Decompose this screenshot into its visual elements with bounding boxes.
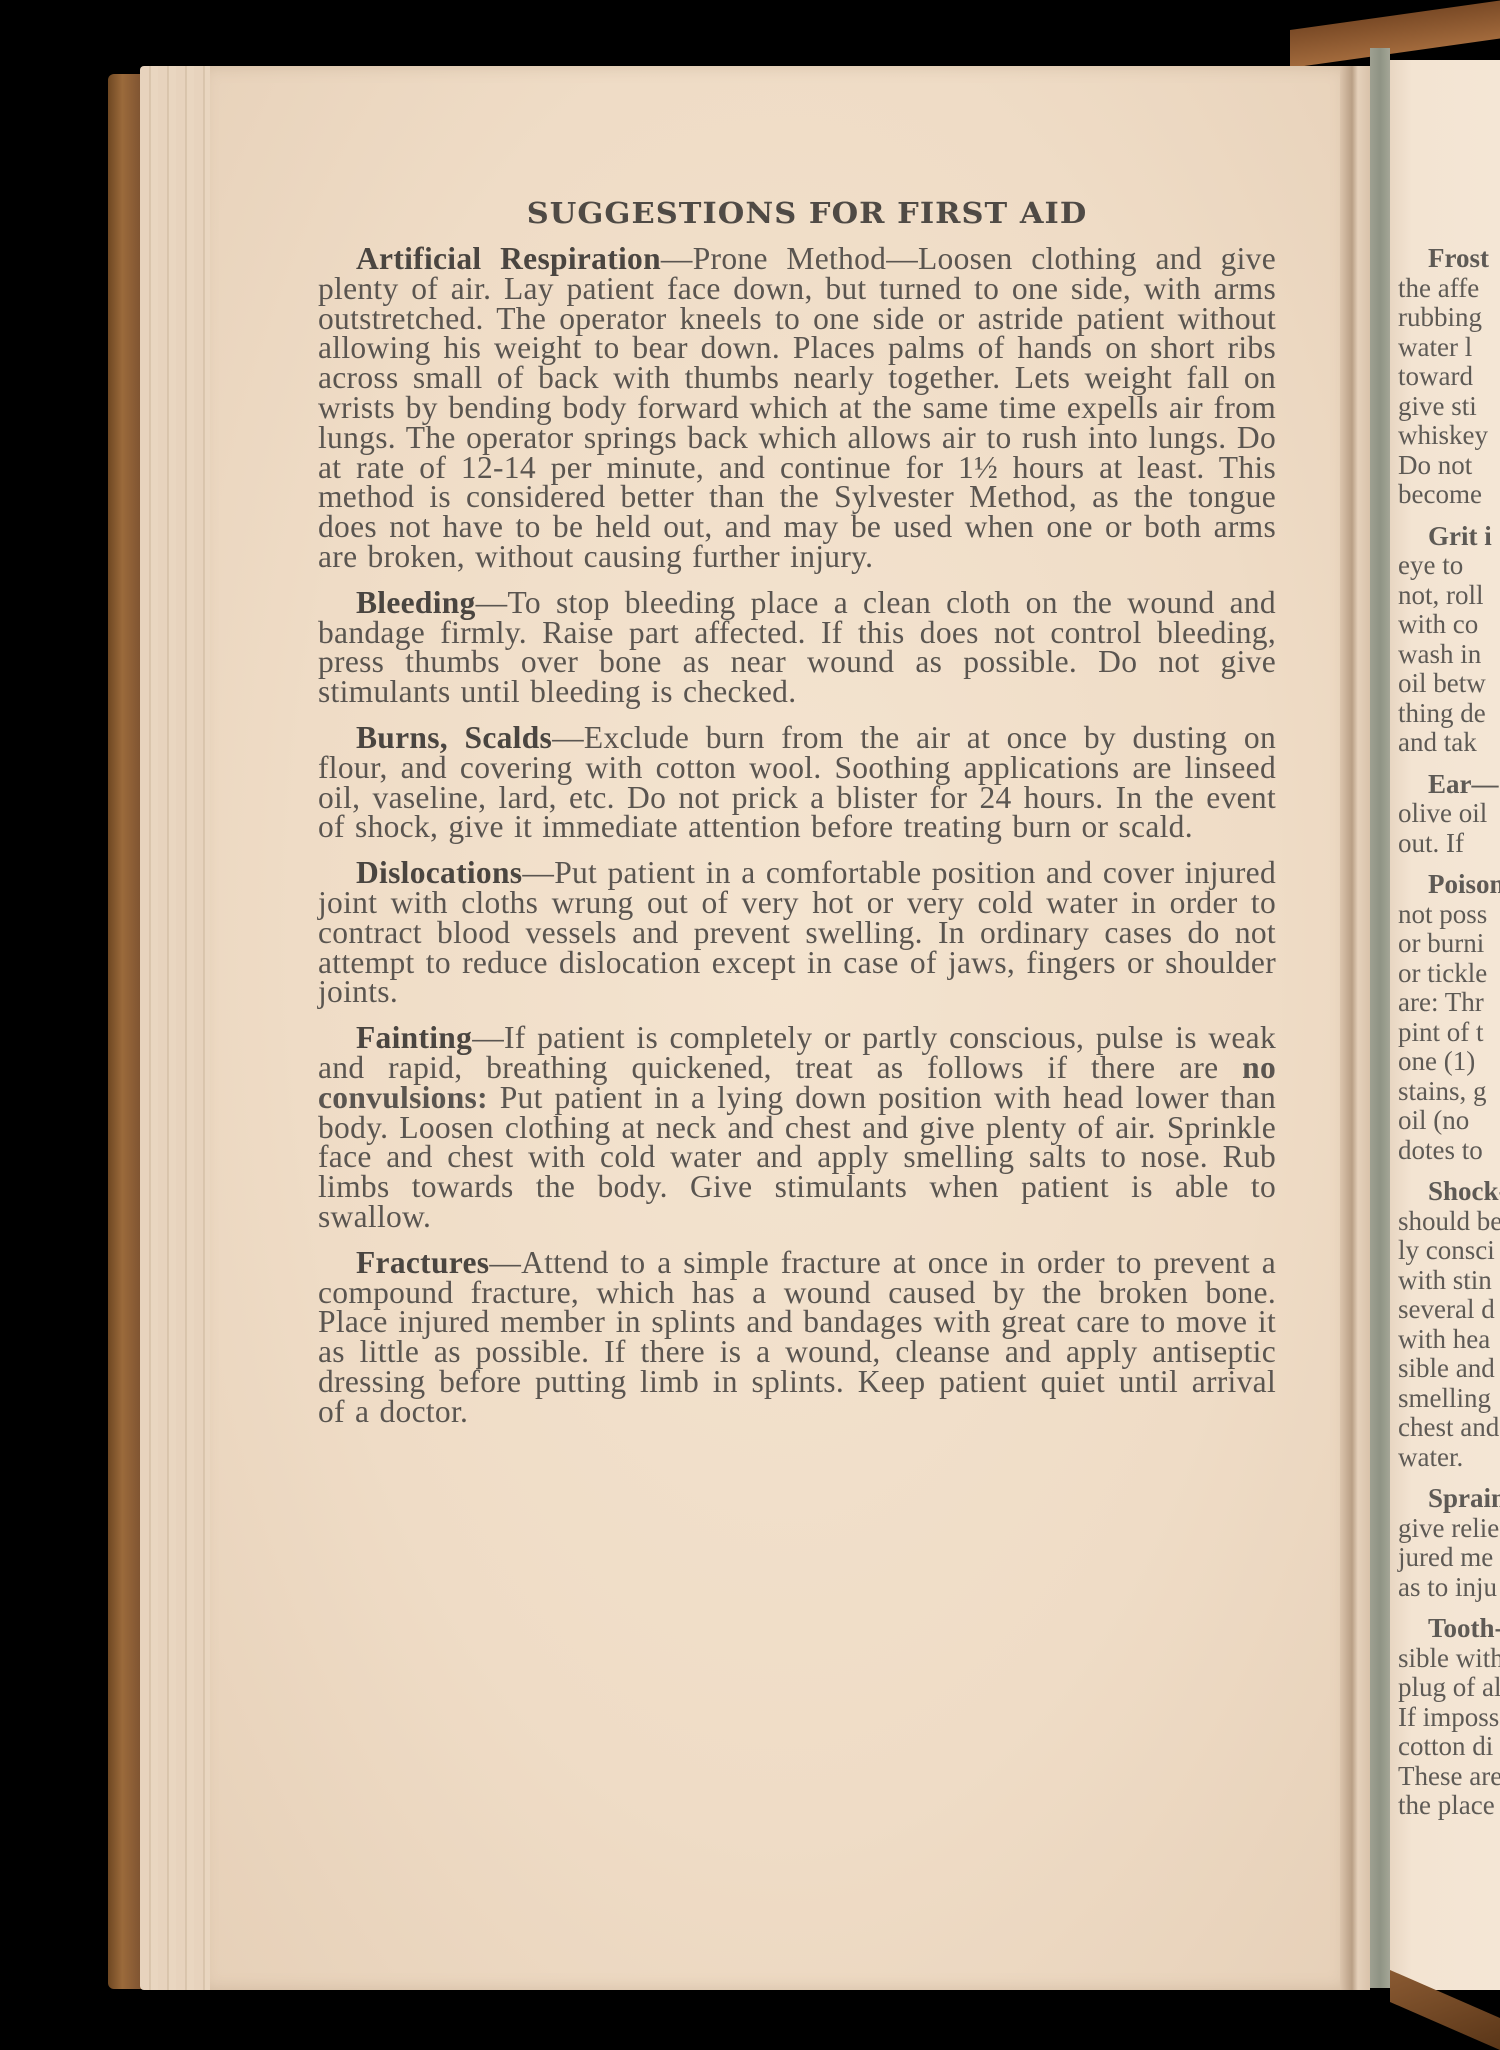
right-page-line: cotton di	[1398, 1732, 1500, 1762]
right-page-line: out. If	[1398, 829, 1500, 859]
right-page-line: jured me	[1398, 1543, 1500, 1573]
section-burns-scalds: Burns, Scalds—Exclude burn from the air …	[318, 723, 1276, 842]
right-page-fragment: Frostthe afferubbingwater ltowardgive st…	[1390, 60, 1500, 1990]
right-page-line: toward	[1398, 362, 1500, 392]
right-page-line: as to inju	[1398, 1573, 1500, 1603]
book-cover-right-top	[1290, 0, 1500, 68]
right-page-term: Tooth-A	[1398, 1614, 1500, 1644]
right-page-line: should be	[1398, 1207, 1500, 1237]
right-page-term: Shock-	[1398, 1177, 1500, 1207]
right-page-line: one (1)	[1398, 1047, 1500, 1077]
left-page-text: SUGGESTIONS FOR FIRST AID Artificial Res…	[318, 196, 1276, 1442]
right-page-line: pint of t	[1398, 1018, 1500, 1048]
right-page-line: not, roll	[1398, 581, 1500, 611]
right-page-line: rubbing	[1398, 303, 1500, 333]
right-page-text: Frostthe afferubbingwater ltowardgive st…	[1398, 232, 1500, 1821]
right-page-term: Sprains	[1398, 1484, 1500, 1514]
page-edges-stack	[140, 66, 218, 1990]
right-page-line: oil betw	[1398, 669, 1500, 699]
page-title: SUGGESTIONS FOR FIRST AID	[315, 196, 1300, 230]
right-page-line: wash in	[1398, 640, 1500, 670]
right-page-line: give sti	[1398, 392, 1500, 422]
right-page-line: eye to	[1398, 551, 1500, 581]
right-page-line: whiskey	[1398, 421, 1500, 451]
right-page-line: Do not	[1398, 451, 1500, 481]
right-page-line: water.	[1398, 1443, 1500, 1473]
right-page-line: These are	[1398, 1762, 1500, 1792]
right-page-line: sible with	[1398, 1644, 1500, 1674]
right-page-line: and tak	[1398, 728, 1500, 758]
section-bleeding: Bleeding—To stop bleeding place a clean …	[318, 588, 1276, 707]
section-fainting: Fainting—If patient is completely or par…	[318, 1023, 1276, 1232]
right-page-term: Ear—	[1398, 770, 1500, 800]
right-page-line: the place	[1398, 1791, 1500, 1821]
right-page-line: are: Thr	[1398, 988, 1500, 1018]
right-page-term: Poison	[1398, 870, 1500, 900]
section-fractures: Fractures—Attend to a simple fracture at…	[318, 1248, 1276, 1427]
right-page-line: sible and	[1398, 1354, 1500, 1384]
section-body: Prone Method—Loosen clothing and give pl…	[318, 241, 1276, 574]
right-page-line: smelling	[1398, 1384, 1500, 1414]
book-cover-left	[108, 74, 144, 1989]
right-page-line: stains, g	[1398, 1077, 1500, 1107]
section-artificial-respiration: Artificial Respiration—Prone Method—Loos…	[318, 244, 1276, 572]
right-page-line: thing de	[1398, 699, 1500, 729]
bookmark-ribbon	[1370, 48, 1390, 1988]
right-page-line: several d	[1398, 1295, 1500, 1325]
right-page-line: with co	[1398, 610, 1500, 640]
right-page-line: water l	[1398, 333, 1500, 363]
right-page-term: Grit i	[1398, 522, 1500, 552]
right-page-line: the affe	[1398, 274, 1500, 304]
right-page-line: oil (no	[1398, 1106, 1500, 1136]
right-page-line: or burni	[1398, 929, 1500, 959]
right-page-line: plug of al	[1398, 1673, 1500, 1703]
right-page-line: not poss	[1398, 900, 1500, 930]
right-page-line: chest and	[1398, 1413, 1500, 1443]
right-page-term: Frost	[1398, 244, 1500, 274]
right-page-line: dotes to	[1398, 1136, 1500, 1166]
right-page-line: ly consci	[1398, 1236, 1500, 1266]
right-page-line: with hea	[1398, 1325, 1500, 1355]
book-gutter	[1340, 66, 1370, 1990]
right-page-line: If imposs	[1398, 1703, 1500, 1733]
section-dislocations: Dislocations—Put patient in a comfortabl…	[318, 858, 1276, 1007]
right-page-line: give relie	[1398, 1514, 1500, 1544]
right-page-line: become	[1398, 480, 1500, 510]
right-page-line: olive oil	[1398, 799, 1500, 829]
right-page-line: with stin	[1398, 1266, 1500, 1296]
right-page-line: or tickle	[1398, 959, 1500, 989]
